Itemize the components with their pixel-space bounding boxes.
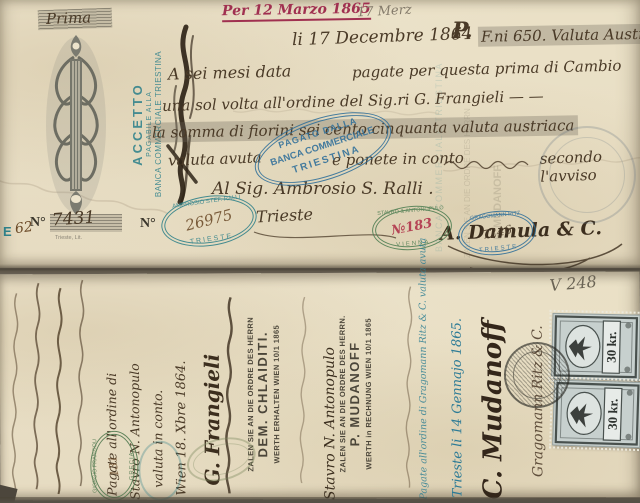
- engraved-ornament: [44, 33, 108, 217]
- bill-front-sheet: BANCA COMMERCIALE TRIESTINA ZALEN SIE AN…: [0, 0, 640, 268]
- place-date-line: li 17 Decembre 1864: [292, 24, 473, 50]
- bill-back-sheet: Pagate all'ordine di Stavro N. Antonopul…: [0, 272, 640, 501]
- serial-label-2: N°: [140, 216, 156, 232]
- gragomann-signature: Gragomann Ritz & C.: [530, 325, 547, 477]
- printer-imprint: Trieste, Lit.: [55, 235, 82, 241]
- blue-endorsement-date: Trieste li 14 Gennajo 1865.: [450, 318, 466, 497]
- vienna-oval-arc-top: STAVRO & ANTONOPULO: [371, 206, 449, 218]
- endorsement-script-squiggle: [402, 283, 419, 488]
- antonopulo-signature: Stavro N. Antonopulo: [322, 347, 339, 500]
- scanned-bill-of-exchange: BANCA COMMERCIALE TRIESTINA ZALEN SIE AN…: [0, 0, 640, 503]
- franziou-oval-number: 131: [106, 455, 121, 477]
- amount-figures: F.ni 650. Valuta Austriaca: [478, 23, 640, 47]
- franziou-oval-arc-bottom: GRECIA: [129, 432, 135, 500]
- bottom-photo-edge: [0, 497, 640, 503]
- serial-number: 7431: [51, 208, 96, 231]
- faded-round-stamp: [538, 126, 636, 224]
- amount-currency-symbol: P.: [452, 18, 473, 44]
- endorsement-script-squiggle: [8, 289, 25, 494]
- pen-wave-filler: [442, 158, 532, 170]
- franziou-oval-stamp: GIORGIO FRANZIOU 131 GRECIA: [90, 431, 138, 501]
- revenue-value-text: 30 kr.: [605, 398, 621, 430]
- revenue-stamp-design: 30 kr.: [553, 380, 640, 447]
- endorsement-script-squiggle: [296, 293, 313, 483]
- red-due-note: Per 12 Marzo 1865: [222, 1, 371, 23]
- plate-letter: E: [3, 224, 12, 239]
- value-clause: valuta avuta: [168, 148, 262, 169]
- drawee-city: Trieste: [256, 205, 314, 227]
- pay-clause: pagate per questa prima di Cambio: [352, 56, 622, 81]
- mudanoff-signature: C. Mudanoff: [478, 320, 509, 499]
- mudanoff-stamp-line2: P. MUDANOFF: [347, 288, 364, 500]
- franziou-oval-arc-top: GIORGIO FRANZIOU: [93, 432, 99, 500]
- vienna-oval-number: №183: [390, 216, 433, 239]
- ralli-oval-number: 26975: [184, 206, 235, 235]
- endorsement-script-squiggle: [52, 284, 69, 494]
- mudanoff-endorsement-stamp: ZALEN SIE AN DIE ORDRE DES HERRN. P. MUD…: [338, 288, 379, 500]
- blue-endorsement-line: Pagate all'ordine di Gragomann Ritz & C.…: [417, 238, 429, 500]
- chlaiditi-endorsement-stamp: ZALEN SIE AN DIE ORDRE DES HERRN DEM. CH…: [246, 288, 287, 500]
- copy-label: Prima: [46, 8, 92, 28]
- dragomann-oval-number: 7246: [481, 222, 514, 242]
- faded-teal-oval-stamp: [138, 441, 182, 501]
- endorsement-script-squiggle: [74, 276, 91, 491]
- plate-number: 62: [14, 219, 34, 237]
- mudanoff-stamp-line1: ZALEN SIE AN DIE ORDRE DES HERRN.: [338, 288, 348, 500]
- ralli-oval-arc-bottom: TRIESTE: [165, 229, 259, 249]
- copy-label-band: Prima: [38, 8, 113, 31]
- acceptance-stamp-line1: ACCETTO: [130, 36, 146, 212]
- pencil-reference: V 248: [549, 272, 598, 295]
- chlaiditi-stamp-line3: WERTH ERHALTEN WIEN 10/1 1865: [271, 288, 281, 500]
- chlaiditi-stamp-line2: DEM. CHLAIDITI.: [255, 288, 272, 500]
- endorsement-script-squiggle: [30, 279, 47, 491]
- revenue-value-text: 30 kr.: [603, 331, 619, 363]
- term-clause: A sei mesi data: [168, 61, 292, 83]
- pencil-due-note: 17 Merz: [357, 3, 412, 21]
- acceptance-signature-flourish: [158, 24, 212, 210]
- mudanoff-stamp-line3: WERTH in RECHNUNG WIEN 10/1 1865: [363, 288, 373, 500]
